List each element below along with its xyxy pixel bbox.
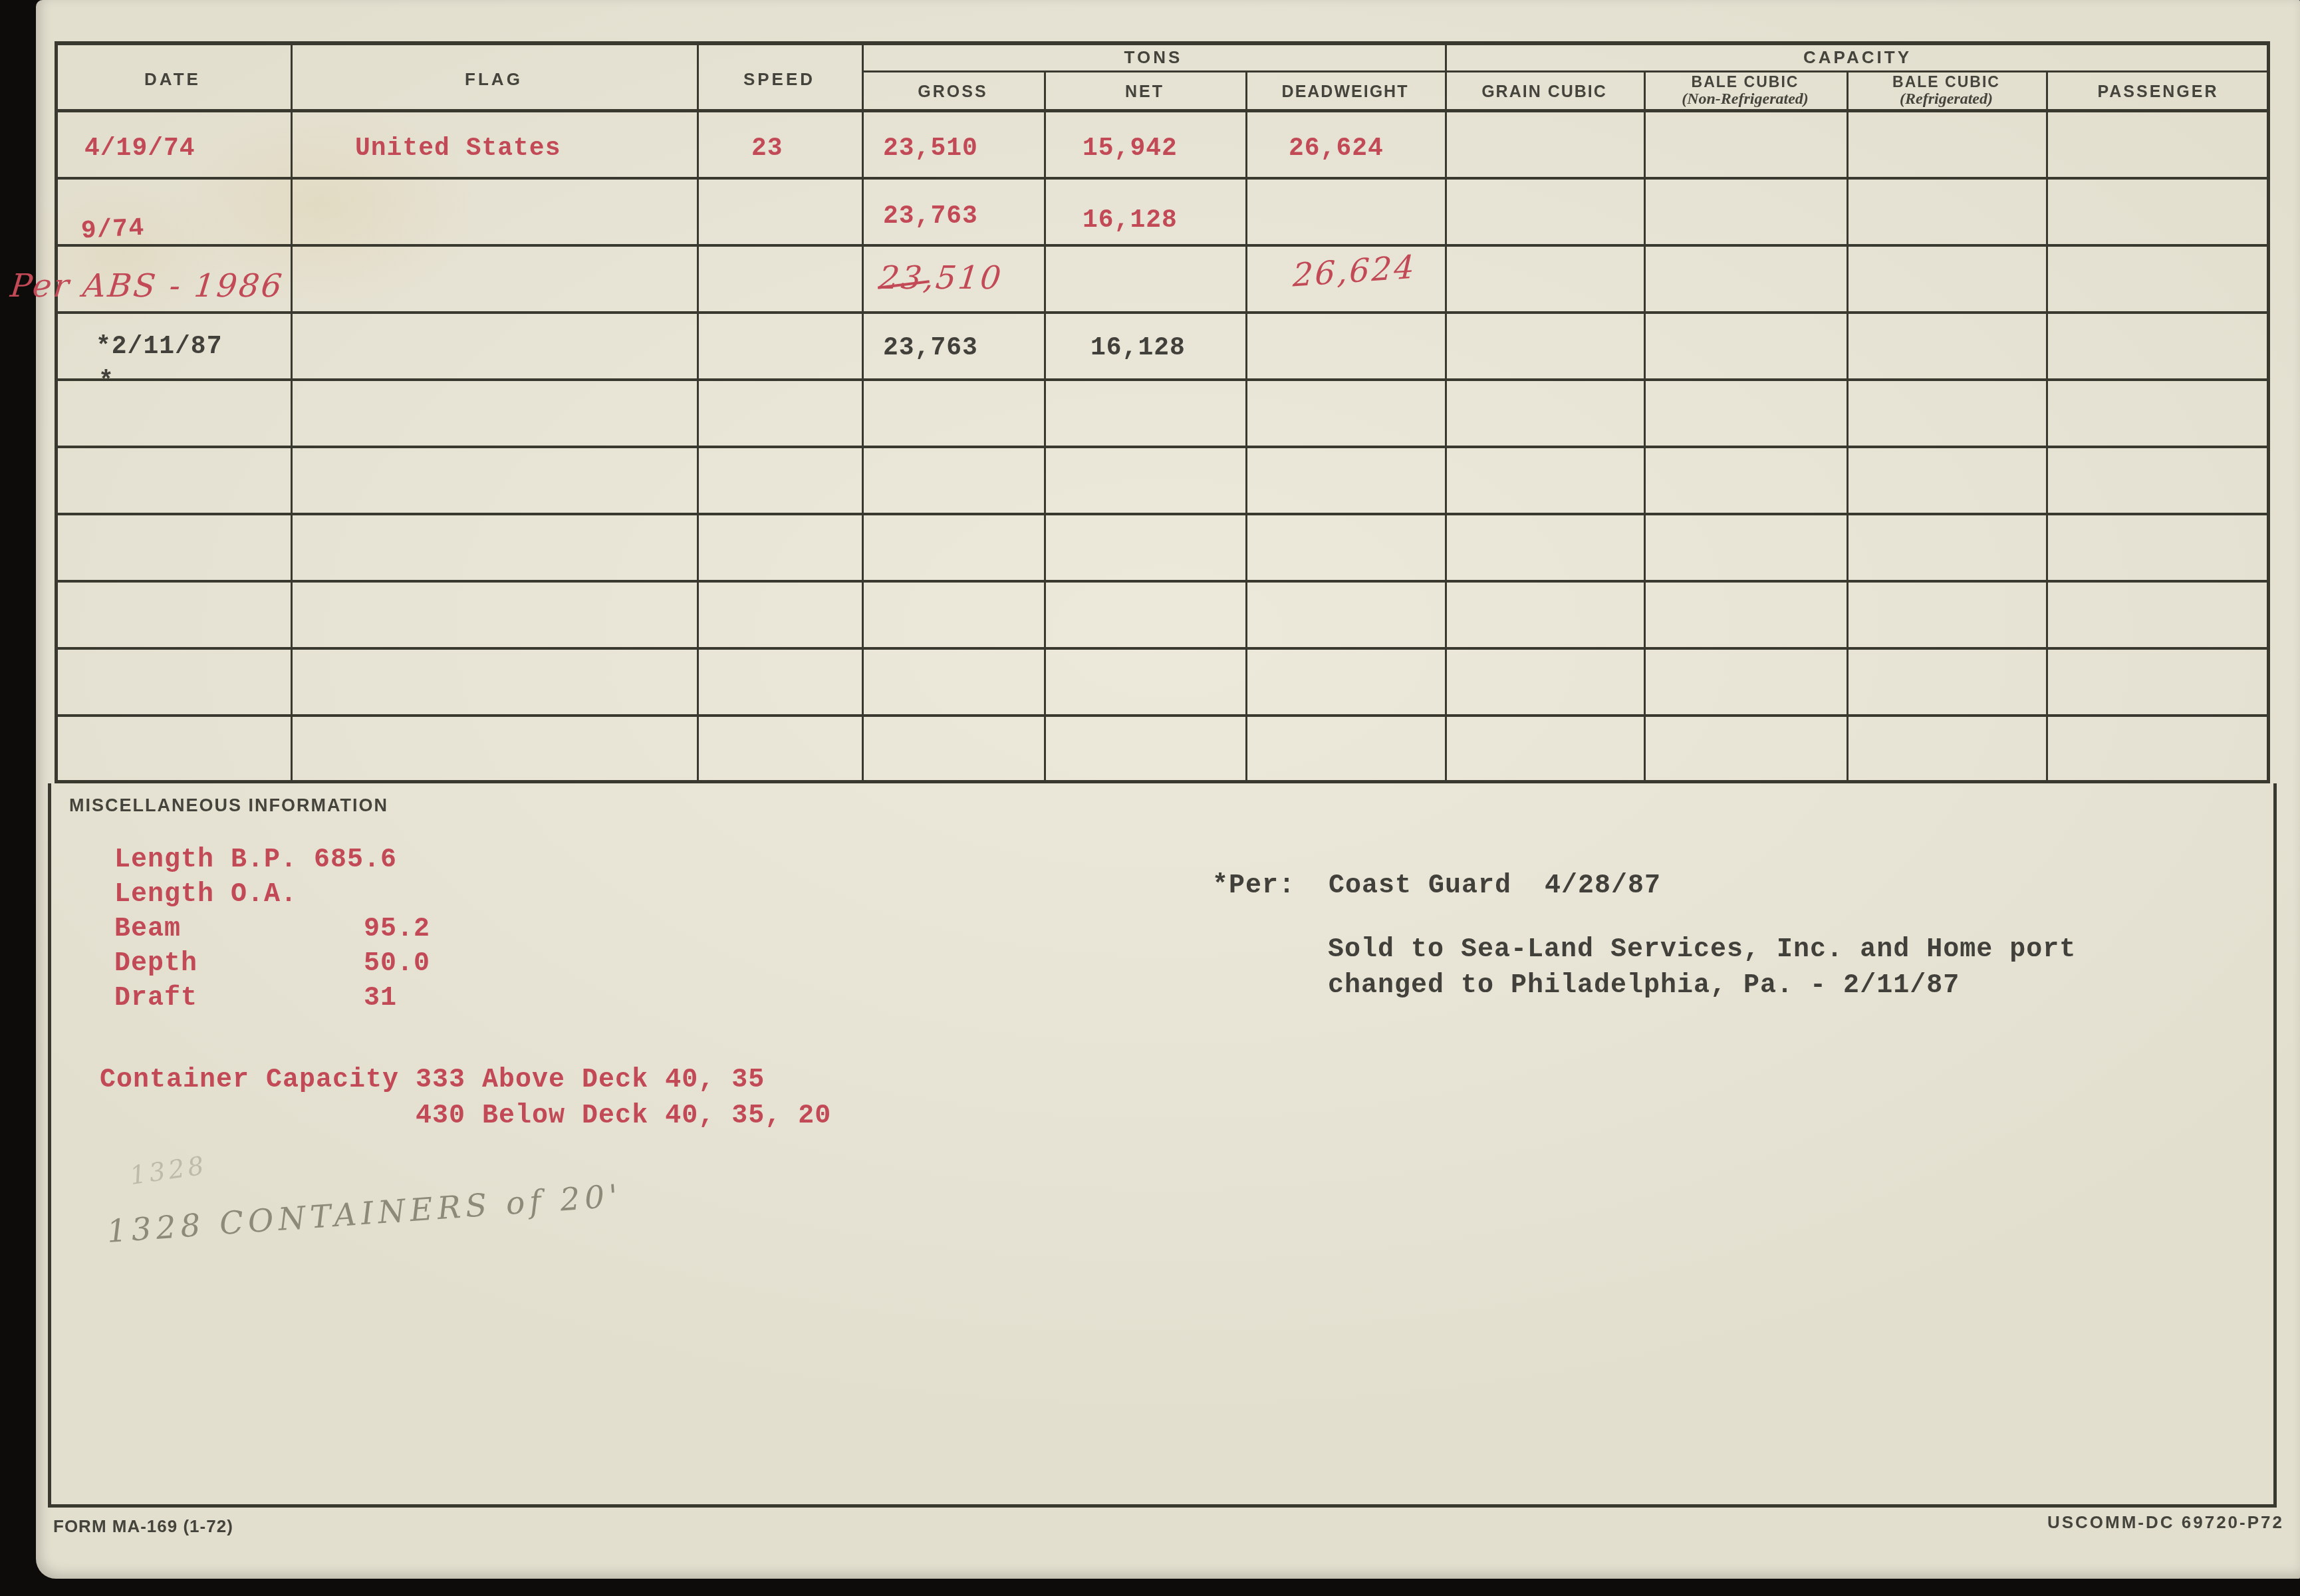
col-header-deadweight: DEADWEIGHT	[1245, 82, 1445, 102]
row1-date: 4/19/74	[84, 134, 195, 163]
row4-date: *2/11/87	[96, 332, 222, 361]
scanned-form-page: DATE FLAG SPEED TONS GROSS NET DEADWEIGH…	[36, 0, 2300, 1579]
col-header-bale-ref: BALE CUBIC	[1847, 73, 2046, 91]
dimensions-block: Length B.P. 685.6 Length O.A. Beam 95.2 …	[114, 843, 430, 1016]
per-coast-guard-note: *Per: Coast Guard 4/28/87	[1212, 868, 1661, 904]
col-header-grain-cubic: GRAIN CUBIC	[1445, 82, 1644, 102]
col-header-passenger: PASSENGER	[2046, 82, 2270, 102]
col-header-bale-nonref-sub: (Non-Refrigerated)	[1644, 90, 1847, 108]
row4-footnote-mark: *	[98, 367, 114, 396]
sold-note: Sold to Sea-Land Services, Inc. and Home…	[1328, 932, 2076, 1004]
row3-gross-handwritten: 23,510	[877, 259, 1005, 297]
form-number: FORM MA-169 (1-72)	[53, 1516, 233, 1537]
row1-deadweight: 26,624	[1289, 134, 1384, 163]
col-header-speed: SPEED	[697, 69, 862, 90]
row3-date-handwritten: Per ABS - 1986	[9, 267, 285, 305]
row1-gross: 23,510	[883, 134, 978, 163]
misc-title: MISCELLANEOUS INFORMATION	[69, 795, 388, 816]
registry-table: DATE FLAG SPEED TONS GROSS NET DEADWEIGH…	[55, 41, 2270, 783]
row1-net: 15,942	[1083, 134, 1178, 163]
container-capacity-block: Container Capacity 333 Above Deck 40, 35…	[100, 1063, 831, 1134]
row4-net: 16,128	[1090, 334, 1186, 362]
col-header-net: NET	[1044, 82, 1245, 102]
group-header-tons: TONS	[862, 47, 1445, 68]
row2-net: 16,128	[1083, 206, 1178, 235]
row1-speed: 23	[751, 134, 783, 163]
col-header-bale-nonref: BALE CUBIC	[1644, 73, 1847, 91]
table-border-top	[55, 41, 2270, 45]
uscomm-print-code: USCOMM-DC 69720-P72	[2047, 1512, 2284, 1533]
col-header-flag: FLAG	[291, 69, 697, 90]
row4-gross: 23,763	[883, 334, 978, 362]
row2-gross: 23,763	[883, 202, 978, 231]
group-header-divider	[862, 70, 2270, 72]
group-header-capacity: CAPACITY	[1445, 47, 2270, 68]
row1-flag: United States	[355, 134, 561, 163]
col-header-date: DATE	[55, 69, 291, 90]
col-header-gross: GROSS	[862, 82, 1044, 102]
col-header-bale-ref-sub: (Refrigerated)	[1847, 90, 2046, 108]
row2-date: 9/74	[80, 214, 145, 246]
